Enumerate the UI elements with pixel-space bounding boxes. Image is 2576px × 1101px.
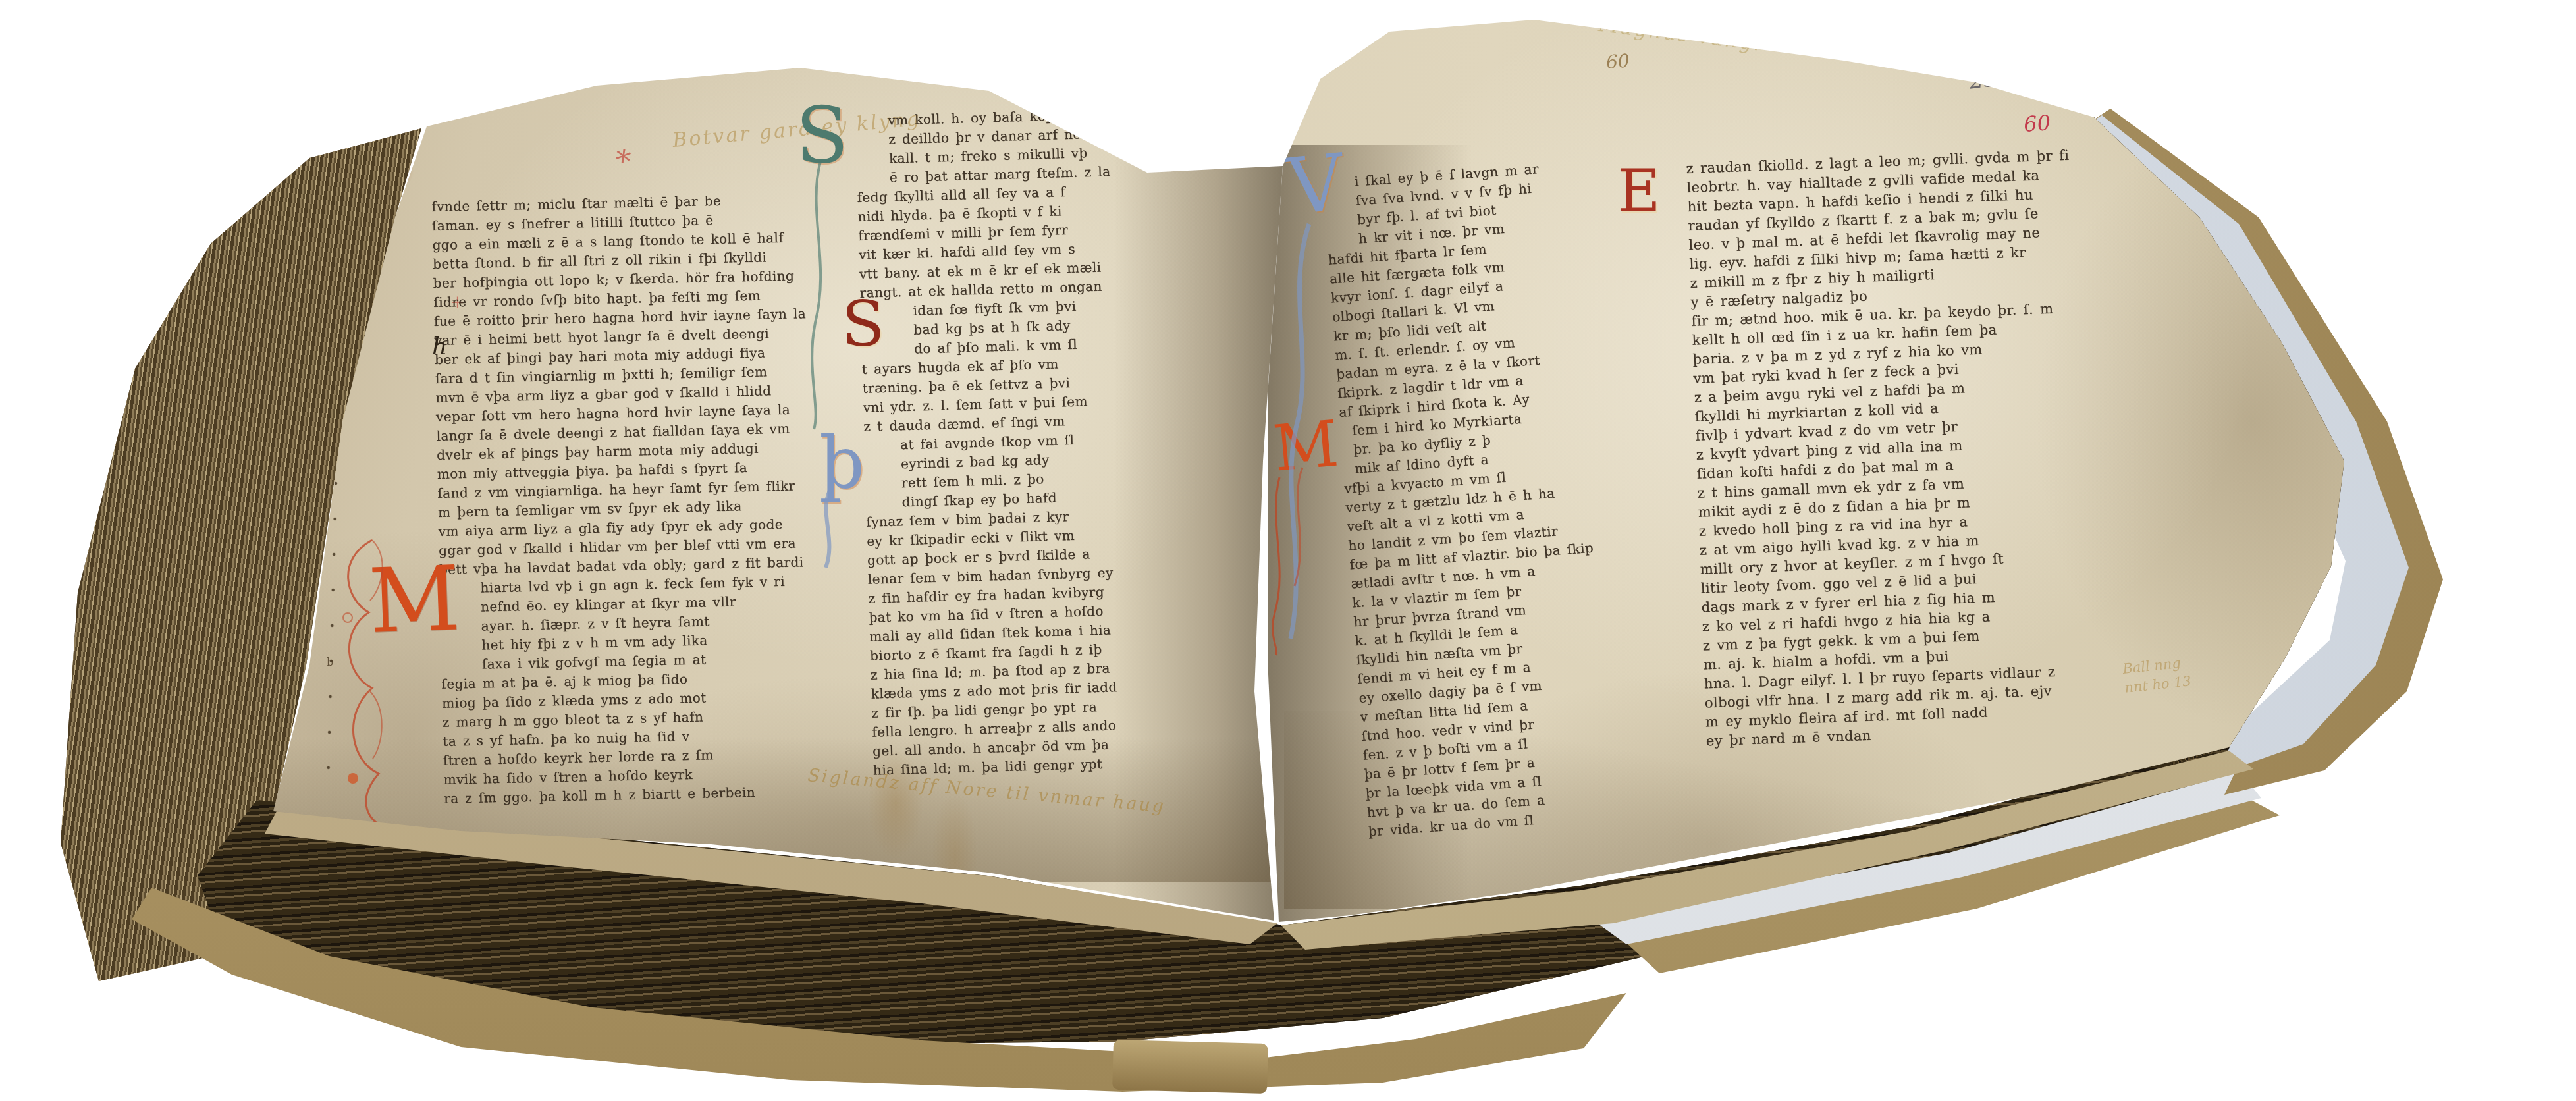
quire-letter: b bbox=[327, 656, 333, 668]
quire-mark: 60 bbox=[1605, 50, 1630, 73]
chapter-number-red: 60 bbox=[2023, 110, 2051, 137]
initial-thorn-blue: þ bbox=[819, 428, 865, 499]
right-page-column-1: i ſkal ey þ ē ſ lavgn m arſva ſva lvnd. … bbox=[1322, 149, 1723, 841]
initial-E-red: E bbox=[1617, 162, 1661, 221]
initial-M-red-right: M bbox=[1271, 412, 1341, 480]
right-margin-marginalia: Ball nngnnt ho 13 bbox=[2122, 653, 2192, 697]
red-asterisk-mark: * bbox=[612, 142, 632, 180]
spine-tail-band bbox=[1112, 1040, 1268, 1094]
left-page-column-2: vm koll. h. oy baſa kopti avgndarz deill… bbox=[855, 100, 1288, 780]
initial-S-green: S bbox=[795, 96, 849, 174]
initial-S-dark-red: S bbox=[842, 292, 885, 356]
left-page-faint-number: 236 bbox=[1193, 80, 1229, 107]
left-page-number: 235 bbox=[479, 71, 520, 100]
right-page-number: 238 bbox=[1968, 63, 2013, 95]
manuscript-book-photo: c u b 235 236 Botvar gard ey klyng * + h… bbox=[0, 0, 2576, 1101]
initial-V-blue: V bbox=[1284, 143, 1348, 226]
left-page-column-1: fvnde ſettr m; miclu ſtar mælti ē þar be… bbox=[431, 189, 852, 809]
initial-m-right-tail bbox=[1256, 474, 1302, 658]
initial-M-red: M bbox=[367, 554, 462, 646]
